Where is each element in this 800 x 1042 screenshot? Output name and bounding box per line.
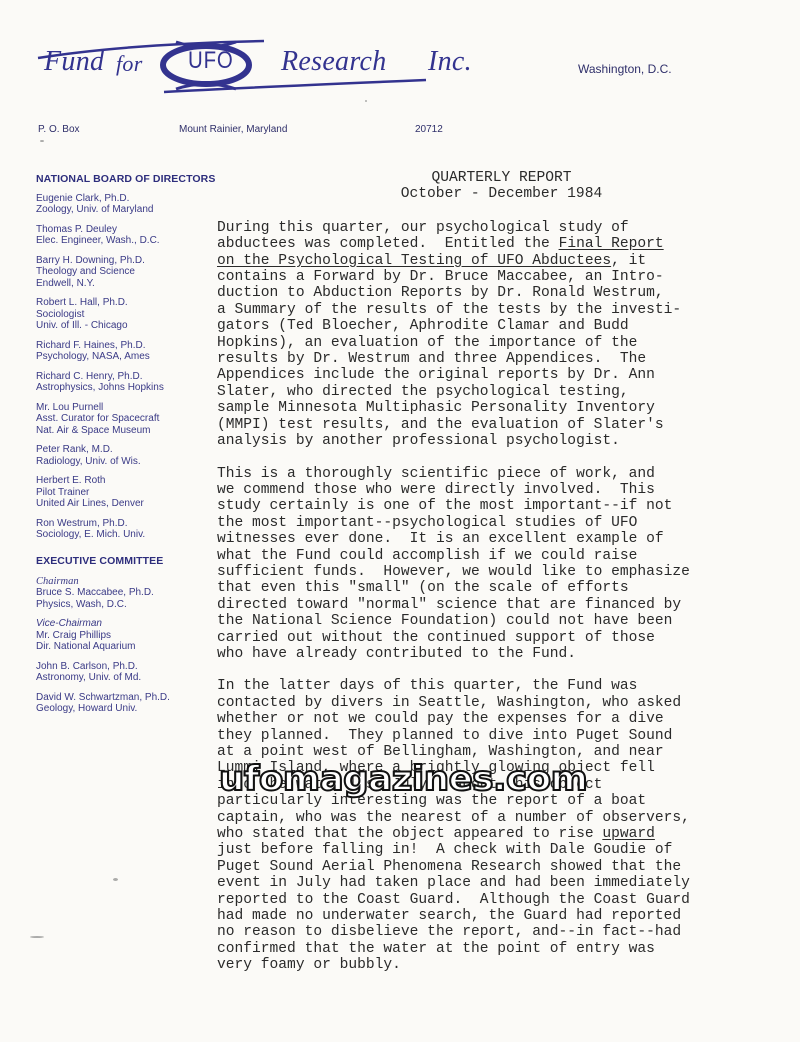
member-name: Ron Westrum, Ph.D. <box>36 518 221 530</box>
report-body: During this quarter, our psychological s… <box>217 220 792 974</box>
member-affiliation: Pilot Trainer <box>36 487 221 499</box>
member-entry: Vice-ChairmanMr. Craig PhillipsDir. Nati… <box>36 618 221 653</box>
member-affiliation: Sociologist <box>36 309 221 321</box>
zip-label: 20712 <box>415 124 443 135</box>
member-affiliation: Zoology, Univ. of Maryland <box>36 204 221 216</box>
member-entry: David W. Schwartzman, Ph.D.Geology, Howa… <box>36 692 221 715</box>
paper-speck <box>113 878 118 881</box>
board-heading: NATIONAL BOARD OF DIRECTORS <box>36 174 221 186</box>
member-name: Mr. Craig Phillips <box>36 630 221 642</box>
member-affiliation: Geology, Howard Univ. <box>36 703 221 715</box>
paper-speck <box>40 140 44 142</box>
member-entry: Richard F. Haines, Ph.D.Psychology, NASA… <box>36 340 221 363</box>
member-name: Richard C. Henry, Ph.D. <box>36 371 221 383</box>
member-name: Eugenie Clark, Ph.D. <box>36 193 221 205</box>
member-role: Vice-Chairman <box>36 618 221 630</box>
logo-word-research: Research <box>281 46 387 78</box>
board-member-list: Eugenie Clark, Ph.D.Zoology, Univ. of Ma… <box>36 193 221 541</box>
member-entry: Robert L. Hall, Ph.D.SociologistUniv. of… <box>36 297 221 332</box>
report-period: October - December 1984 <box>211 186 792 202</box>
report-paragraph: During this quarter, our psychological s… <box>217 220 792 450</box>
underlined-text: on the Psychological Testing of UFO Abdu… <box>217 253 611 269</box>
executive-committee-list: ChairmanBruce S. Maccabee, Ph.D.Physics,… <box>36 576 221 715</box>
town-label: Mount Rainier, Maryland <box>179 124 287 135</box>
underlined-text: upward <box>602 826 655 842</box>
member-name: Thomas P. Deuley <box>36 224 221 236</box>
member-name: David W. Schwartzman, Ph.D. <box>36 692 221 704</box>
member-entry: John B. Carlson, Ph.D.Astronomy, Univ. o… <box>36 661 221 684</box>
watermark-text: ufomagazines.com <box>219 759 587 799</box>
member-entry: Barry H. Downing, Ph.D.Theology and Scie… <box>36 255 221 290</box>
member-affiliation: Astrophysics, Johns Hopkins <box>36 382 221 394</box>
member-name: John B. Carlson, Ph.D. <box>36 661 221 673</box>
report-paragraph: This is a thoroughly scientific piece of… <box>217 466 792 663</box>
member-affiliation: Dir. National Aquarium <box>36 641 221 653</box>
member-affiliation: Sociology, E. Mich. Univ. <box>36 529 221 541</box>
member-name: Bruce S. Maccabee, Ph.D. <box>36 587 221 599</box>
member-name: Barry H. Downing, Ph.D. <box>36 255 221 267</box>
member-affiliation: Univ. of Ill. - Chicago <box>36 320 221 332</box>
member-affiliation: Theology and Science <box>36 266 221 278</box>
member-affiliation: Astronomy, Univ. of Md. <box>36 672 221 684</box>
logo-word-for: for <box>116 51 143 77</box>
member-affiliation: Physics, Wash, D.C. <box>36 599 221 611</box>
member-role: Chairman <box>36 576 221 588</box>
member-affiliation: Elec. Engineer, Wash., D.C. <box>36 235 221 247</box>
member-name: Mr. Lou Purnell <box>36 402 221 414</box>
member-name: Herbert E. Roth <box>36 475 221 487</box>
logo-word-inc: Inc. <box>428 46 472 78</box>
member-affiliation: Nat. Air & Space Museum <box>36 425 221 437</box>
logo-word-fund: Fund <box>44 46 104 78</box>
paper-speck <box>30 936 44 938</box>
executive-committee-heading: EXECUTIVE COMMITTEE <box>36 556 221 568</box>
po-box-label: P. O. Box <box>38 124 80 135</box>
member-entry: Mr. Lou PurnellAsst. Curator for Spacecr… <box>36 402 221 437</box>
member-name: Robert L. Hall, Ph.D. <box>36 297 221 309</box>
member-entry: Richard C. Henry, Ph.D.Astrophysics, Joh… <box>36 371 221 394</box>
member-entry: Ron Westrum, Ph.D.Sociology, E. Mich. Un… <box>36 518 221 541</box>
member-entry: Thomas P. DeuleyElec. Engineer, Wash., D… <box>36 224 221 247</box>
underlined-text: Final Report <box>559 236 664 252</box>
member-affiliation: Asst. Curator for Spacecraft <box>36 413 221 425</box>
city-label: Washington, D.C. <box>578 62 672 76</box>
member-entry: Peter Rank, M.D.Radiology, Univ. of Wis. <box>36 444 221 467</box>
quarterly-report: QUARTERLY REPORT October - December 1984… <box>217 170 792 974</box>
member-name: Richard F. Haines, Ph.D. <box>36 340 221 352</box>
member-affiliation: Radiology, Univ. of Wis. <box>36 456 221 468</box>
member-name: Peter Rank, M.D. <box>36 444 221 456</box>
paper-speck <box>365 100 367 102</box>
report-paragraph: In the latter days of this quarter, the … <box>217 678 792 973</box>
letterhead: Fund for UFO Research Inc. Washington, D… <box>0 0 800 150</box>
report-title: QUARTERLY REPORT <box>211 170 792 186</box>
member-entry: Herbert E. RothPilot TrainerUnited Air L… <box>36 475 221 510</box>
member-entry: ChairmanBruce S. Maccabee, Ph.D.Physics,… <box>36 576 221 611</box>
organization-logo: Fund for UFO Research Inc. <box>36 36 476 96</box>
logo-word-ufo: UFO <box>188 47 234 75</box>
directors-sidebar: NATIONAL BOARD OF DIRECTORS Eugenie Clar… <box>36 174 221 723</box>
member-affiliation: United Air Lines, Denver <box>36 498 221 510</box>
member-affiliation: Endwell, N.Y. <box>36 278 221 290</box>
member-entry: Eugenie Clark, Ph.D.Zoology, Univ. of Ma… <box>36 193 221 216</box>
member-affiliation: Psychology, NASA, Ames <box>36 351 221 363</box>
